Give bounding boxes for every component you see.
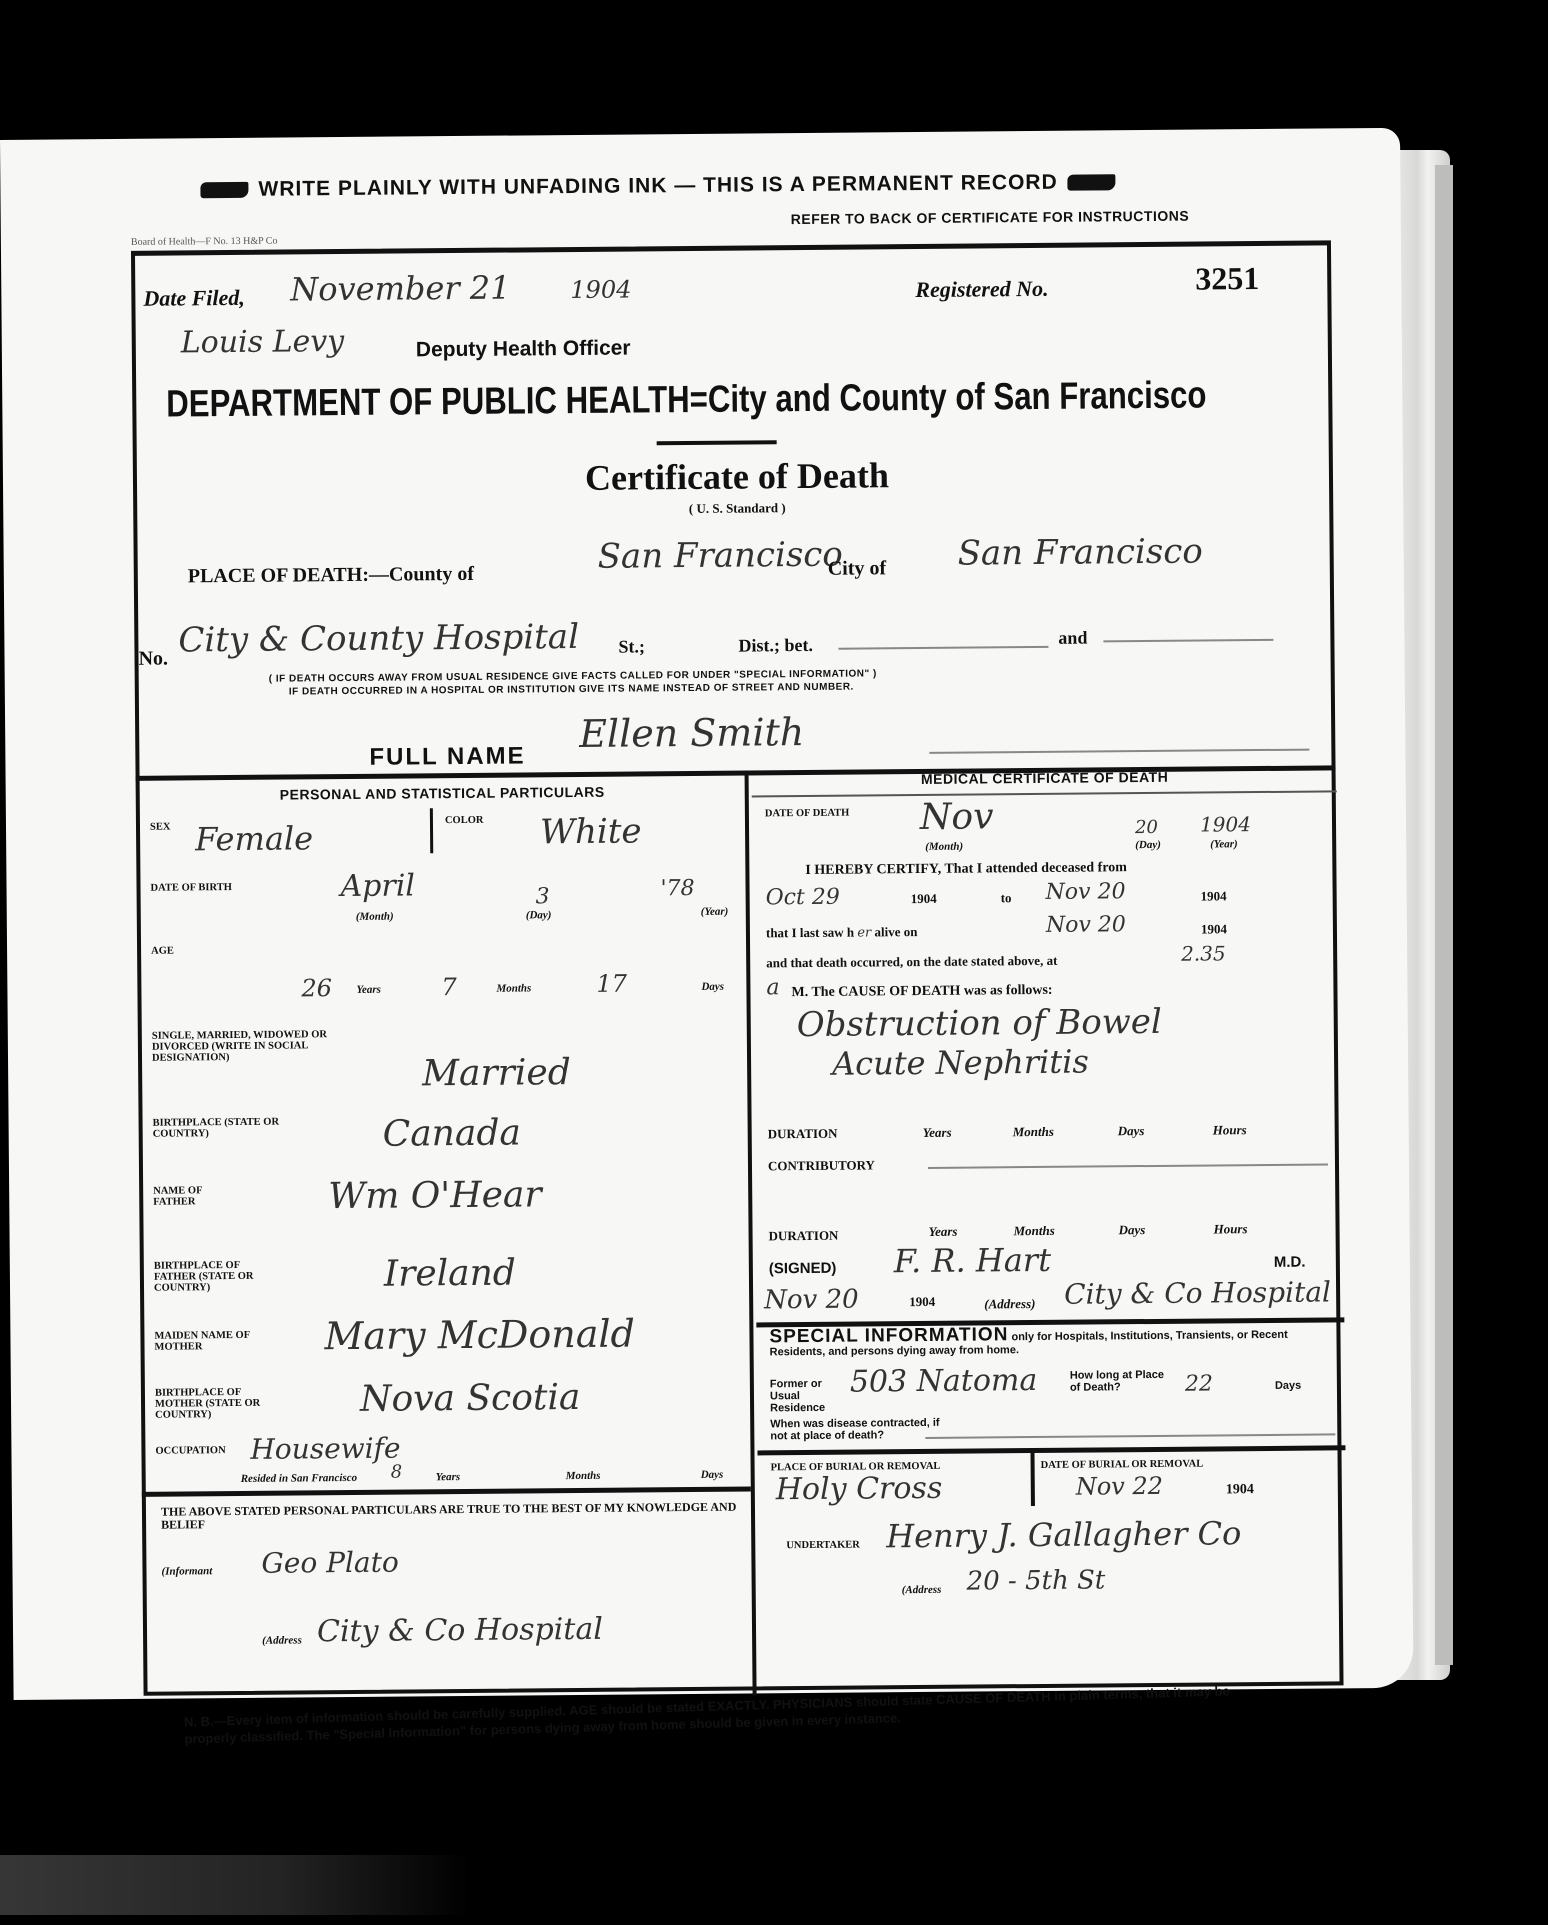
informant-statement: THE ABOVE STATED PERSONAL PARTICULARS AR…	[161, 1501, 741, 1532]
am-pm-value: a	[766, 975, 779, 1000]
date-filed-value: November 21	[290, 269, 511, 309]
occurred-text: and that death occurred, on the date sta…	[766, 953, 1057, 972]
and-label: and	[1058, 628, 1087, 649]
dod-month-caption: (Month)	[925, 841, 963, 853]
mother-name-label: MAIDEN NAME OF MOTHER	[154, 1330, 274, 1353]
duration2-years: Years	[928, 1224, 957, 1240]
officer-signature: Louis Levy	[181, 324, 345, 360]
street-label: St.;	[618, 636, 645, 657]
certificate-page: WRITE PLAINLY WITH UNFADING INK — THIS I…	[0, 128, 1414, 1700]
column-divider	[745, 770, 757, 1695]
page-edge-shadow	[1435, 165, 1453, 1665]
color-label: COLOR	[445, 815, 484, 826]
contributory-line	[928, 1163, 1328, 1168]
marital-value: Married	[422, 1052, 571, 1094]
birthplace-value: Canada	[383, 1112, 522, 1154]
age-months: 7	[441, 973, 457, 1001]
informant-label: (Informant	[161, 1565, 212, 1577]
officer-title: Deputy Health Officer	[416, 337, 631, 363]
death-time: 2.35	[1181, 941, 1226, 965]
banner-text: WRITE PLAINLY WITH UNFADING INK — THIS I…	[258, 171, 1057, 201]
signed-date: Nov 20	[764, 1285, 859, 1316]
attended-to-year: 1904	[1201, 888, 1227, 904]
attended-from: Oct 29	[766, 885, 840, 911]
last-saw-year: 1904	[1201, 921, 1227, 937]
informant-divider	[142, 1486, 751, 1496]
resided-months-caption: Months	[566, 1470, 601, 1482]
resided-label: Resided in San Francisco	[241, 1472, 358, 1485]
dob-day: 3	[536, 884, 550, 909]
duration-months: Months	[1013, 1124, 1054, 1140]
how-long-value: 22	[1185, 1371, 1213, 1396]
top-banner: WRITE PLAINLY WITH UNFADING INK — THIS I…	[190, 170, 1125, 202]
duration2-months: Months	[1013, 1223, 1054, 1239]
father-name-label: NAME OF FATHER	[153, 1185, 243, 1208]
alive-on-text: alive on	[874, 924, 917, 939]
cause-primary: Obstruction of Bowel	[797, 1002, 1162, 1045]
age-label: AGE	[151, 946, 174, 957]
father-name-value: Wm O'Hear	[328, 1174, 542, 1217]
age-months-caption: Months	[496, 982, 531, 994]
mother-birthplace-label: BIRTHPLACE OF MOTHER (State or Country)	[155, 1387, 285, 1421]
undertaker-label: UNDERTAKER	[786, 1540, 860, 1552]
county-value: San Francisco	[597, 535, 842, 577]
duration-years: Years	[923, 1125, 952, 1141]
cause-label: M. The CAUSE OF DEATH was as follows:	[791, 983, 1052, 1001]
signed-label: (SIGNED)	[769, 1260, 837, 1278]
place-instructions: ( IF DEATH OCCURS AWAY FROM USUAL RESIDE…	[269, 667, 877, 698]
informant-address-value: City & Co Hospital	[317, 1612, 603, 1649]
duration-days: Days	[1118, 1123, 1145, 1139]
refer-instructions: REFER TO BACK OF CERTIFICATE FOR INSTRUC…	[791, 208, 1190, 227]
attended-from-year: 1904	[911, 891, 937, 907]
sex-color-divider	[430, 808, 433, 853]
undertaker-value: Henry J. Gallagher Co	[886, 1514, 1241, 1555]
burial-divider	[757, 1445, 1345, 1455]
contributory-label: CONTRIBUTORY	[768, 1159, 875, 1171]
last-saw-date: Nov 20	[1046, 912, 1126, 938]
dob-month: April	[340, 868, 415, 904]
dob-year: '78	[660, 876, 694, 901]
place-of-death-label: PLACE OF DEATH:—County of	[188, 563, 474, 588]
md-label: M.D.	[1274, 1254, 1306, 1271]
attended-to: Nov 20	[1045, 879, 1125, 905]
certificate-form: Date Filed, November 21 1904 Registered …	[131, 240, 1344, 1695]
burial-place-value: Holy Cross	[776, 1471, 943, 1507]
physician-signature: F. R. Hart	[894, 1241, 1051, 1280]
title-rule	[657, 440, 777, 445]
district-line	[838, 646, 1048, 650]
district-label: Dist.; bet.	[738, 635, 813, 657]
age-years-caption: Years	[356, 984, 381, 996]
street-number-label: No.	[138, 648, 168, 671]
pointing-hand-icon	[1068, 175, 1116, 191]
residence-value: 503 Natoma	[850, 1363, 1038, 1400]
full-name-value: Ellen Smith	[579, 710, 804, 756]
date-filed-year: 1904	[570, 275, 631, 304]
marital-label: SINGLE, MARRIED, WIDOWED OR DIVORCED (Wr…	[152, 1029, 342, 1064]
registered-number: 3251	[1195, 260, 1259, 298]
certificate-title: Certificate of Death	[137, 450, 1337, 502]
undertaker-address-label: (Address	[902, 1584, 942, 1596]
physician-address-label: (Address)	[984, 1296, 1035, 1312]
last-saw-label: that I last saw h er alive on	[766, 924, 918, 941]
last-saw-pronoun: er	[857, 925, 871, 940]
resided-years: 8	[391, 1462, 403, 1483]
father-birthplace-value: Ireland	[384, 1253, 516, 1295]
full-name-label: FULL NAME	[369, 742, 525, 771]
dod-year-caption: (Year)	[1210, 838, 1238, 850]
informant-address-label: (Address	[262, 1634, 302, 1646]
dod-day: 20	[1135, 817, 1158, 838]
dob-label: DATE OF BIRTH	[150, 882, 231, 894]
sex-label: SEX	[150, 822, 171, 833]
physician-address-value: City & Co Hospital	[1064, 1275, 1331, 1310]
undertaker-address-value: 20 - 5th St	[966, 1565, 1105, 1596]
duration2-days: Days	[1118, 1222, 1145, 1238]
residence-label: Former or Usual Residence	[770, 1378, 845, 1415]
burial-column-divider	[1030, 1448, 1035, 1506]
to-label: to	[1001, 890, 1012, 906]
age-years: 26	[301, 974, 332, 1002]
department-title: DEPARTMENT OF PUBLIC HEALTH=City and Cou…	[166, 375, 1101, 426]
resided-years-caption: Years	[436, 1471, 461, 1483]
how-long-unit: Days	[1275, 1380, 1301, 1392]
registered-label: Registered No.	[915, 276, 1048, 303]
how-long-label: How long at Place of Death?	[1070, 1369, 1165, 1394]
duration-hours: Hours	[1213, 1122, 1247, 1138]
last-saw-text: that I last saw h	[766, 925, 854, 941]
duration-label: DURATION	[768, 1128, 838, 1140]
sex-value: Female	[195, 819, 313, 858]
age-days: 17	[596, 970, 627, 998]
dod-label: DATE OF DEATH	[765, 808, 849, 820]
dod-year: 1904	[1200, 812, 1251, 836]
burial-date-label: DATE of BURIAL or REMOVAL	[1041, 1459, 1204, 1471]
cause-secondary: Acute Nephritis	[832, 1043, 1089, 1083]
city-value: San Francisco	[957, 532, 1202, 574]
signed-year: 1904	[909, 1294, 935, 1310]
pointing-hand-icon	[200, 182, 248, 198]
dob-month-caption: (Month)	[356, 911, 394, 923]
mother-name-value: Mary McDonald	[324, 1312, 635, 1359]
and-line	[1103, 639, 1273, 642]
dod-day-caption: (Day)	[1135, 839, 1161, 851]
special-heading-block: SPECIAL INFORMATION only for Hospitals, …	[769, 1325, 1339, 1359]
occupation-value: Housewife	[250, 1432, 400, 1466]
dod-month: Nov	[920, 796, 994, 838]
scan-smudge	[0, 1855, 470, 1915]
burial-date-value: Nov 22	[1076, 1472, 1163, 1501]
occupation-label: OCCUPATION	[155, 1445, 225, 1457]
duration2-hours: Hours	[1213, 1221, 1247, 1237]
contracted-line	[925, 1433, 1335, 1439]
form-id: Board of Health—F No. 13 H&P Co	[131, 236, 278, 248]
dob-year-caption: (Year)	[701, 906, 729, 918]
burial-year: 1904	[1226, 1482, 1254, 1498]
city-label: City of	[828, 557, 887, 581]
medical-heading-rule	[752, 790, 1337, 797]
certify-text: I HEREBY CERTIFY, That I attended deceas…	[805, 860, 1127, 879]
informant-value: Geo Plato	[261, 1546, 399, 1580]
duration2-label: DURATION	[769, 1230, 839, 1242]
personal-heading: PERSONAL AND STATISTICAL PARTICULARS	[140, 783, 745, 804]
birthplace-label: BIRTHPLACE (State or Country)	[153, 1116, 293, 1139]
color-value: White	[540, 811, 642, 852]
date-filed-label: Date Filed,	[143, 285, 245, 312]
resided-days-caption: Days	[701, 1469, 724, 1481]
full-name-line	[929, 749, 1309, 754]
contracted-label: When was disease contracted, if not at p…	[770, 1417, 940, 1442]
father-birthplace-label: BIRTHPLACE OF FATHER (State or Country)	[154, 1260, 284, 1294]
mother-birthplace-value: Nova Scotia	[360, 1377, 581, 1420]
dob-day-caption: (Day)	[526, 909, 552, 921]
street-number-value: City & County Hospital	[178, 617, 579, 660]
age-days-caption: Days	[701, 981, 724, 993]
